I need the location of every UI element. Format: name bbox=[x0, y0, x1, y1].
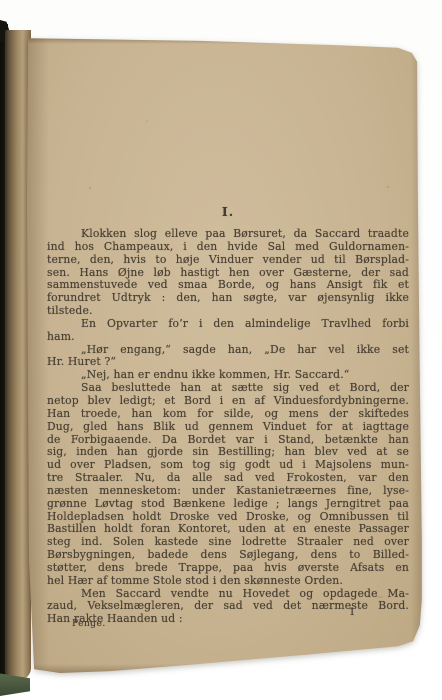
text-line: Dug, gled hans Blik ud gennem Vinduet fo… bbox=[47, 421, 409, 434]
text-line: Klokken slog elleve paa Børsuret, da Sac… bbox=[47, 228, 409, 241]
paragraph: „Hør engang,“ sagde han, „De har vel ikk… bbox=[47, 344, 409, 370]
text-line: næsten mennesketom: under Kastanietræern… bbox=[47, 485, 409, 498]
text-line: grønne Løvtag stod Bænkene ledige ; lang… bbox=[47, 498, 409, 511]
signature-mark: Penge. bbox=[72, 619, 106, 629]
text-line: Han troede, han kom for silde, og mens d… bbox=[47, 408, 409, 421]
paragraph: Saa besluttede han at sætte sig ved et B… bbox=[47, 382, 409, 588]
text-line: netop blev ledigt; et Bord i en af Vindu… bbox=[47, 395, 409, 408]
text-line: tre Straaler. Nu, da alle sad ved Frokos… bbox=[47, 472, 409, 485]
book-photo: I. Klokken slog elleve paa Børsuret, da … bbox=[0, 0, 442, 700]
text-line: tilstede. bbox=[47, 305, 409, 318]
text-line: ham. bbox=[47, 331, 409, 344]
paragraph: Klokken slog elleve paa Børsuret, da Sac… bbox=[47, 228, 409, 318]
text-line: Børsbygningen, badede dens Søjlegang, de… bbox=[47, 549, 409, 562]
paragraph: En Opvarter fo’r i den almindelige Travl… bbox=[47, 318, 409, 344]
text-line: hel Hær af tomme Stole stod i den skønne… bbox=[47, 575, 409, 588]
chapter-heading: I. bbox=[47, 205, 409, 219]
text-block: I. Klokken slog elleve paa Børsuret, da … bbox=[47, 205, 409, 626]
book-page: I. Klokken slog elleve paa Børsuret, da … bbox=[27, 37, 423, 673]
text-line: støtter, dens brede Trappe, paa hvis øve… bbox=[47, 562, 409, 575]
page-number: 1 bbox=[349, 607, 355, 618]
text-line: ind hos Champeaux, i den hvide Sal med G… bbox=[47, 241, 409, 254]
text-line: terne, den, hvis to høje Vinduer vender … bbox=[47, 254, 409, 267]
page-wrap: I. Klokken slog elleve paa Børsuret, da … bbox=[0, 0, 442, 700]
text-line: forundret Udtryk : den, han søgte, var ø… bbox=[47, 292, 409, 305]
text-line: En Opvarter fo’r i den almindelige Travl… bbox=[47, 318, 409, 331]
